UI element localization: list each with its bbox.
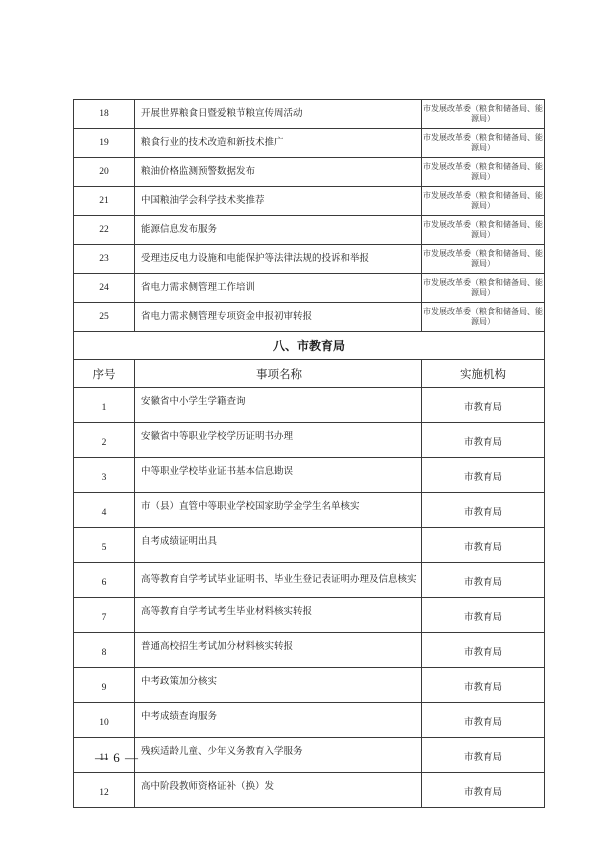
table-row: 9中考政策加分核实市教育局 <box>74 668 545 703</box>
implementing-agency: 市教育局 <box>422 598 545 633</box>
item-name: 高等教育自学考试考生毕业材料核实转报 <box>135 598 422 633</box>
implementing-agency: 市教育局 <box>422 773 545 808</box>
item-name-text: 中等职业学校毕业证书基本信息勘误 <box>141 466 417 478</box>
implementing-agency: 市教育局 <box>422 423 545 458</box>
table-row: 2安徽省中等职业学校学历证明书办理市教育局 <box>74 423 545 458</box>
table-row: 18开展世界粮食日暨爱粮节粮宣传周活动市发展改革委（粮食和储备局、能源局） <box>74 100 545 129</box>
table-row: 3中等职业学校毕业证书基本信息勘误市教育局 <box>74 458 545 493</box>
agency-text: 市发展改革委（粮食和储备局、能源局） <box>422 162 544 182</box>
item-name: 市（县）直管中等职业学校国家助学金学生名单核实 <box>135 493 422 528</box>
agency-text: 市发展改革委（粮食和储备局、能源局） <box>422 278 544 298</box>
agency-text: 市教育局 <box>422 676 544 694</box>
item-name-text: 普通高校招生考试加分材料核实转报 <box>141 641 417 653</box>
table-row: 19粮食行业的技术改造和新技术推广市发展改革委（粮食和储备局、能源局） <box>74 129 545 158</box>
table-row: 7高等教育自学考试考生毕业材料核实转报市教育局 <box>74 598 545 633</box>
header-agency: 实施机构 <box>422 360 545 388</box>
agency-text: 市教育局 <box>422 536 544 554</box>
item-name-text: 残疾适龄儿童、少年义务教育入学服务 <box>141 746 417 758</box>
implementing-agency: 市教育局 <box>422 493 545 528</box>
item-name: 中考政策加分核实 <box>135 668 422 703</box>
agency-text: 市教育局 <box>422 781 544 799</box>
row-number: 4 <box>74 493 135 528</box>
item-name: 高等教育自学考试毕业证明书、毕业生登记表证明办理及信息核实 <box>135 563 422 598</box>
row-number: 6 <box>74 563 135 598</box>
item-name: 残疾适龄儿童、少年义务教育入学服务 <box>135 738 422 773</box>
item-name-text: 高等教育自学考试毕业证明书、毕业生登记表证明办理及信息核实 <box>141 574 417 585</box>
agency-text: 市发展改革委（粮食和储备局、能源局） <box>422 220 544 240</box>
item-name-text: 高中阶段教师资格证补（换）发 <box>141 781 417 793</box>
item-name-text: 安徽省中小学生学籍查询 <box>141 396 417 408</box>
row-number: 3 <box>74 458 135 493</box>
row-number: 7 <box>74 598 135 633</box>
implementing-agency: 市发展改革委（粮食和储备局、能源局） <box>422 245 545 274</box>
row-number: 24 <box>74 274 135 303</box>
row-number: 8 <box>74 633 135 668</box>
item-name-text: 市（县）直管中等职业学校国家助学金学生名单核实 <box>141 501 417 513</box>
table-row: 22能源信息发布服务市发展改革委（粮食和储备局、能源局） <box>74 216 545 245</box>
table-row: 4市（县）直管中等职业学校国家助学金学生名单核实市教育局 <box>74 493 545 528</box>
table-row: 5自考成绩证明出具市教育局 <box>74 528 545 563</box>
agency-text: 市发展改革委（粮食和储备局、能源局） <box>422 191 544 211</box>
agency-text: 市教育局 <box>422 501 544 519</box>
row-number: 9 <box>74 668 135 703</box>
implementing-agency: 市教育局 <box>422 703 545 738</box>
item-name: 受理违反电力设施和电能保护等法律法规的投诉和举报 <box>135 245 422 274</box>
header-item-name: 事项名称 <box>135 360 422 388</box>
item-name: 中国粮油学会科学技术奖推荐 <box>135 187 422 216</box>
table-row: 20粮油价格监测预警数据发布市发展改革委（粮食和储备局、能源局） <box>74 158 545 187</box>
row-number: 1 <box>74 388 135 423</box>
item-name: 中考成绩查询服务 <box>135 703 422 738</box>
table-row: 24省电力需求侧管理工作培训市发展改革委（粮食和储备局、能源局） <box>74 274 545 303</box>
section-title: 八、市教育局 <box>74 332 545 360</box>
item-name: 省电力需求侧管理工作培训 <box>135 274 422 303</box>
agency-text: 市发展改革委（粮食和储备局、能源局） <box>422 104 544 124</box>
row-number: 10 <box>74 703 135 738</box>
row-number: 12 <box>74 773 135 808</box>
item-name: 粮油价格监测预警数据发布 <box>135 158 422 187</box>
implementing-agency: 市发展改革委（粮食和储备局、能源局） <box>422 158 545 187</box>
item-name: 安徽省中小学生学籍查询 <box>135 388 422 423</box>
section-heading-row: 八、市教育局 <box>74 332 545 360</box>
implementing-agency: 市发展改革委（粮食和储备局、能源局） <box>422 274 545 303</box>
item-name: 粮食行业的技术改造和新技术推广 <box>135 129 422 158</box>
item-name: 自考成绩证明出具 <box>135 528 422 563</box>
table-row: 23受理违反电力设施和电能保护等法律法规的投诉和举报市发展改革委（粮食和储备局、… <box>74 245 545 274</box>
table-row: 1安徽省中小学生学籍查询市教育局 <box>74 388 545 423</box>
implementing-agency: 市教育局 <box>422 563 545 598</box>
item-name-text: 中考政策加分核实 <box>141 676 417 688</box>
implementing-agency: 市发展改革委（粮食和储备局、能源局） <box>422 216 545 245</box>
item-name-text: 高等教育自学考试考生毕业材料核实转报 <box>141 606 417 618</box>
agency-text: 市教育局 <box>422 641 544 659</box>
implementing-agency: 市教育局 <box>422 668 545 703</box>
implementing-agency: 市发展改革委（粮食和储备局、能源局） <box>422 100 545 129</box>
implementing-agency: 市教育局 <box>422 528 545 563</box>
item-name: 能源信息发布服务 <box>135 216 422 245</box>
agency-text: 市教育局 <box>422 606 544 624</box>
row-number: 22 <box>74 216 135 245</box>
page-number: — 6 — <box>95 750 139 766</box>
agency-text: 市教育局 <box>422 431 544 449</box>
row-number: 20 <box>74 158 135 187</box>
agency-text: 市教育局 <box>422 571 544 589</box>
item-name: 开展世界粮食日暨爱粮节粮宣传周活动 <box>135 100 422 129</box>
row-number: 5 <box>74 528 135 563</box>
table-row: 8普通高校招生考试加分材料核实转报市教育局 <box>74 633 545 668</box>
agency-text: 市教育局 <box>422 396 544 414</box>
row-number: 18 <box>74 100 135 129</box>
table-header-row: 序号事项名称实施机构 <box>74 360 545 388</box>
agency-text: 市教育局 <box>422 711 544 729</box>
row-number: 19 <box>74 129 135 158</box>
table-row: 25省电力需求侧管理专项资金申报初审转报市发展改革委（粮食和储备局、能源局） <box>74 303 545 332</box>
agency-text: 市发展改革委（粮食和储备局、能源局） <box>422 249 544 269</box>
item-name: 中等职业学校毕业证书基本信息勘误 <box>135 458 422 493</box>
table-row: 11残疾适龄儿童、少年义务教育入学服务市教育局 <box>74 738 545 773</box>
header-number: 序号 <box>74 360 135 388</box>
services-table: 18开展世界粮食日暨爱粮节粮宣传周活动市发展改革委（粮食和储备局、能源局）19粮… <box>73 99 545 808</box>
agency-text: 市教育局 <box>422 466 544 484</box>
item-name-text: 中考成绩查询服务 <box>141 711 417 723</box>
implementing-agency: 市教育局 <box>422 633 545 668</box>
agency-text: 市发展改革委（粮食和储备局、能源局） <box>422 133 544 153</box>
agency-text: 市教育局 <box>422 746 544 764</box>
item-name: 普通高校招生考试加分材料核实转报 <box>135 633 422 668</box>
item-name: 省电力需求侧管理专项资金申报初审转报 <box>135 303 422 332</box>
agency-text: 市发展改革委（粮食和储备局、能源局） <box>422 307 544 327</box>
table-row: 21中国粮油学会科学技术奖推荐市发展改革委（粮食和储备局、能源局） <box>74 187 545 216</box>
table-row: 10中考成绩查询服务市教育局 <box>74 703 545 738</box>
implementing-agency: 市发展改革委（粮食和储备局、能源局） <box>422 303 545 332</box>
row-number: 21 <box>74 187 135 216</box>
row-number: 23 <box>74 245 135 274</box>
row-number: 25 <box>74 303 135 332</box>
item-name-text: 自考成绩证明出具 <box>141 536 417 548</box>
row-number: 2 <box>74 423 135 458</box>
item-name: 安徽省中等职业学校学历证明书办理 <box>135 423 422 458</box>
implementing-agency: 市发展改革委（粮食和储备局、能源局） <box>422 129 545 158</box>
item-name: 高中阶段教师资格证补（换）发 <box>135 773 422 808</box>
implementing-agency: 市教育局 <box>422 458 545 493</box>
table-row: 6高等教育自学考试毕业证明书、毕业生登记表证明办理及信息核实市教育局 <box>74 563 545 598</box>
item-name-text: 安徽省中等职业学校学历证明书办理 <box>141 431 417 443</box>
implementing-agency: 市教育局 <box>422 738 545 773</box>
table-row: 12高中阶段教师资格证补（换）发市教育局 <box>74 773 545 808</box>
implementing-agency: 市发展改革委（粮食和储备局、能源局） <box>422 187 545 216</box>
implementing-agency: 市教育局 <box>422 388 545 423</box>
